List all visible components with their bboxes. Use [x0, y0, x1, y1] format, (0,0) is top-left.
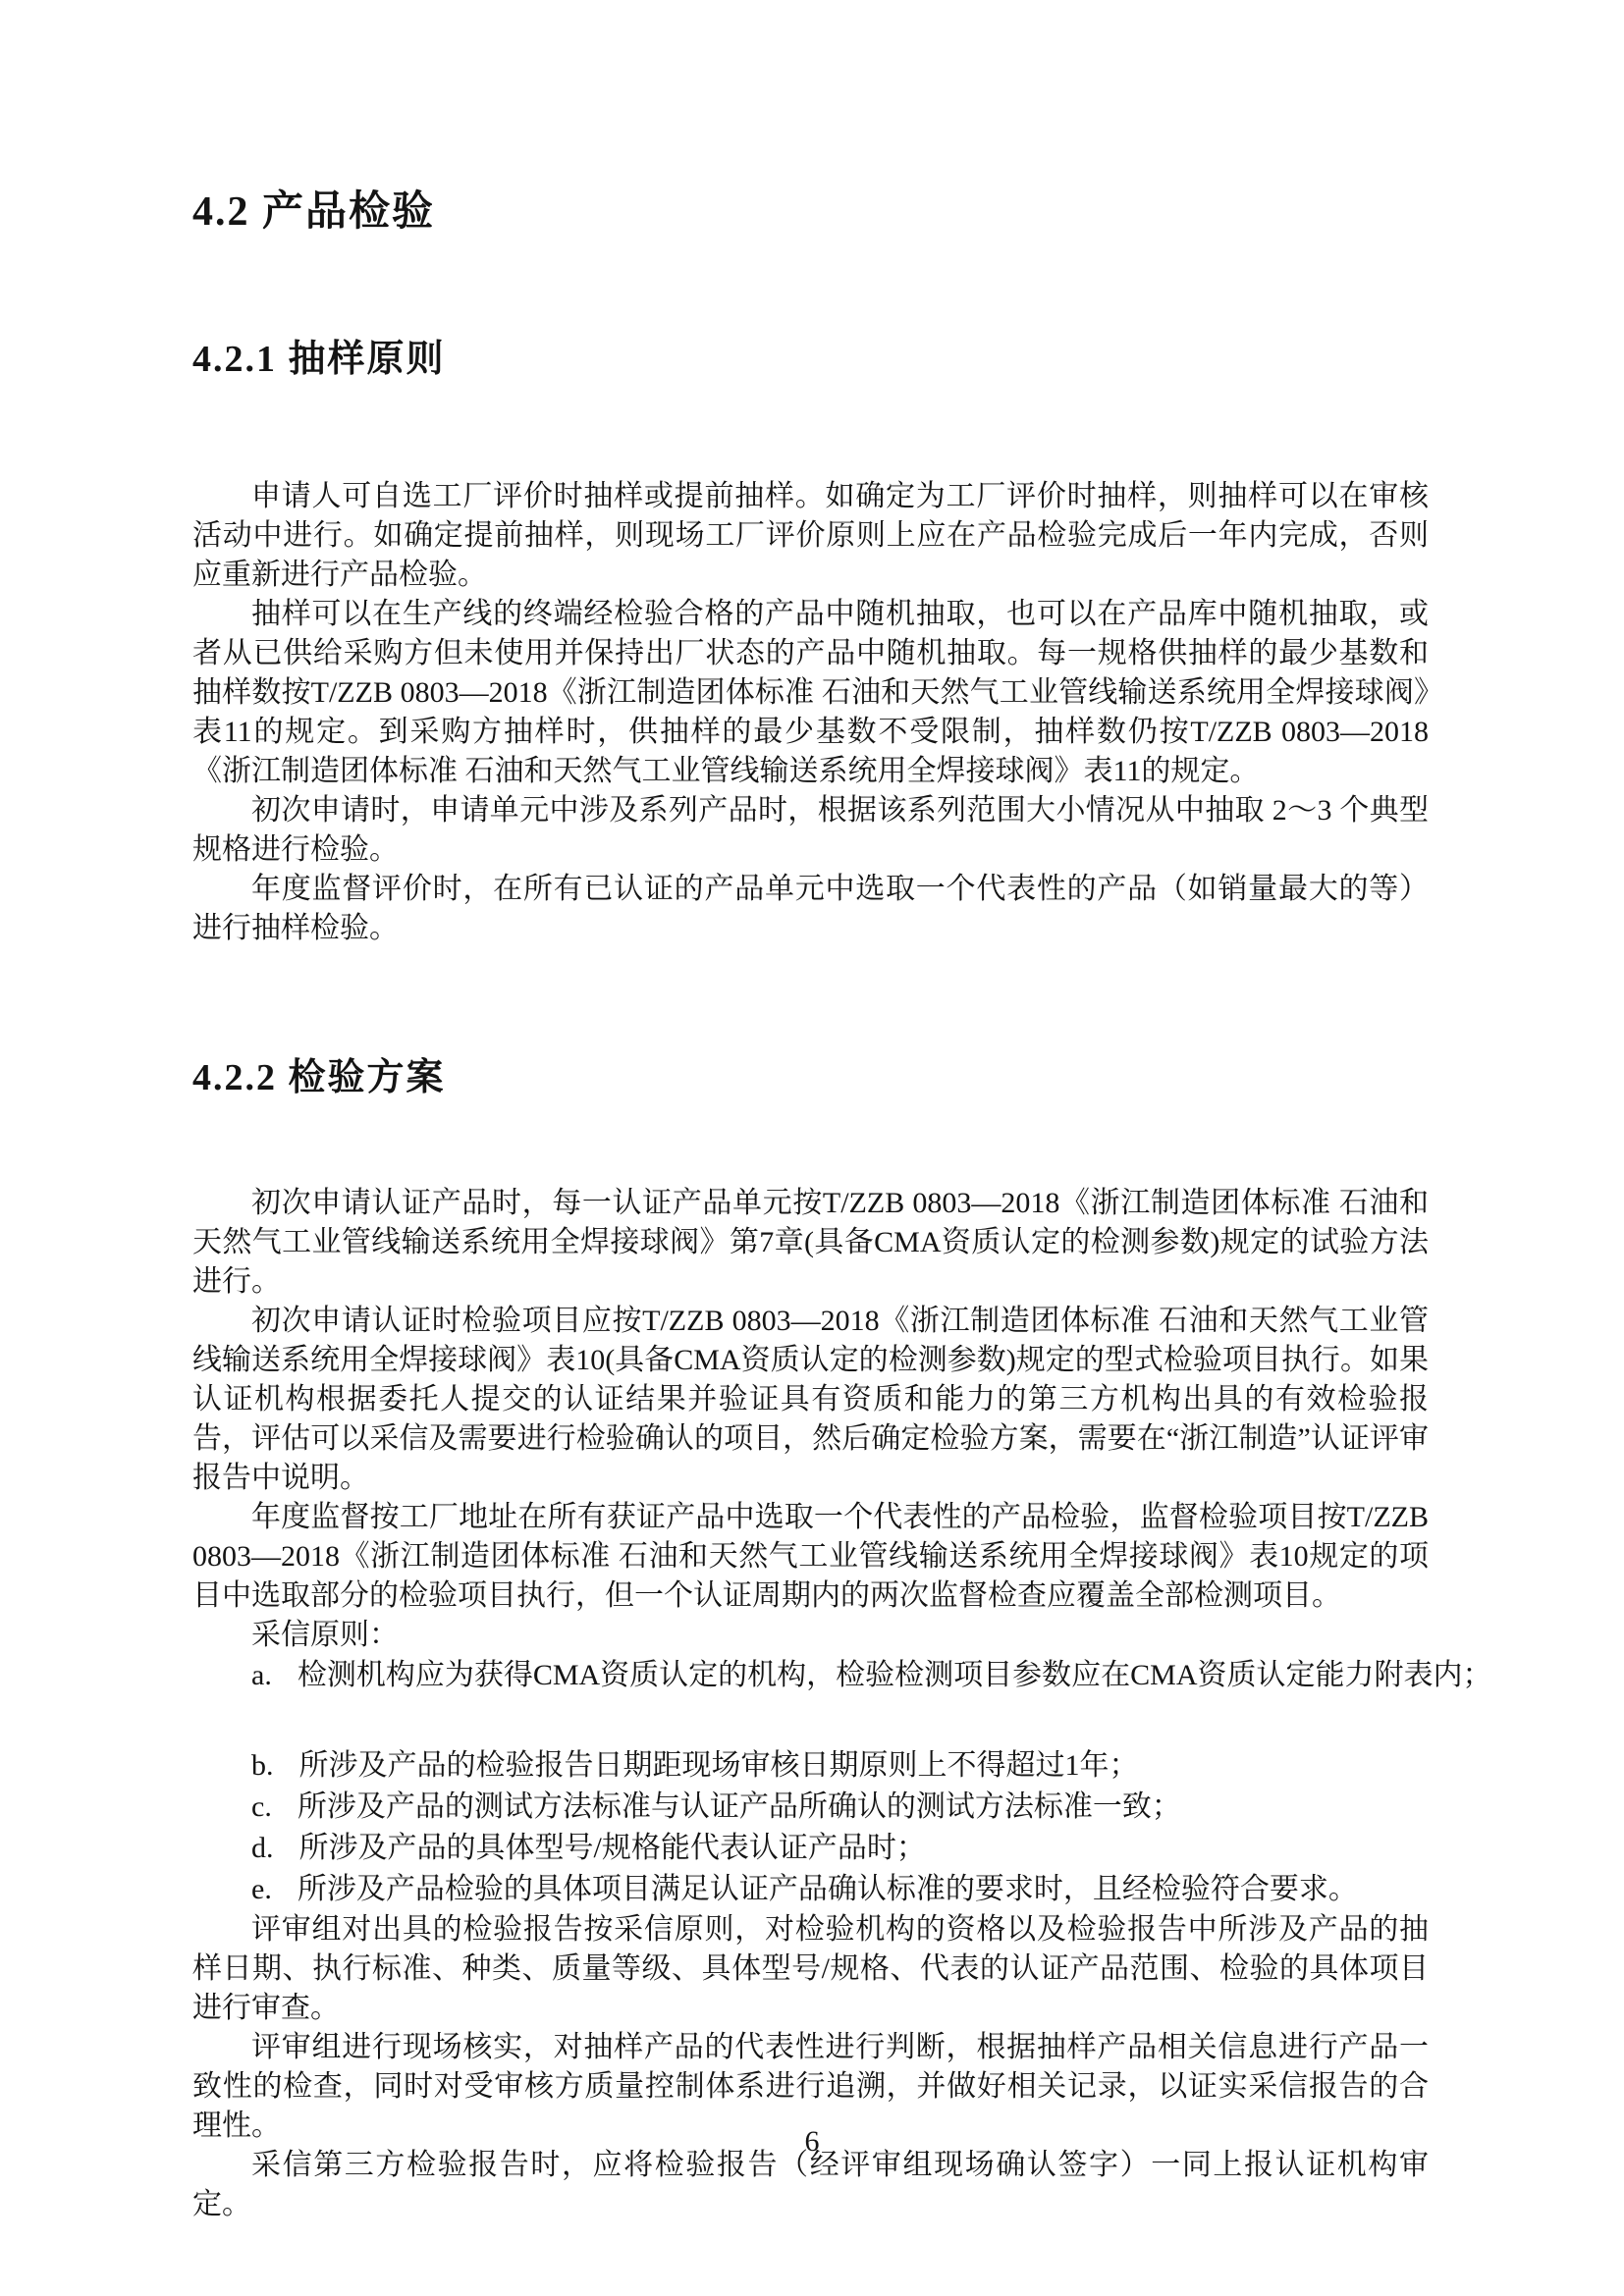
list-item-text: 所涉及产品检验的具体项目满足认证产品确认标准的要求时，且经检验符合要求。 — [298, 1873, 1358, 1905]
page-content: 4.2 产品检验 4.2.1 抽样原则 申请人可自选工厂评价时抽样或提前抽样。如… — [0, 0, 1624, 2224]
paragraph: 年度监督按工厂地址在所有获证产品中选取一个代表性的产品检验，监督检验项目按T/Z… — [192, 1498, 1429, 1616]
list-item: b.所涉及产品的检验报告日期距现场审核日期原则上不得超过1年； — [251, 1745, 1429, 1787]
section-421-body: 申请人可自选工厂评价时抽样或提前抽样。如确定为工厂评价时抽样，则抽样可以在审核活… — [192, 477, 1429, 948]
list-item: d.所涉及产品的具体型号/规格能代表认证产品时； — [251, 1828, 1429, 1869]
page-number: 6 — [0, 2122, 1624, 2162]
list-item-text: 检测机构应为获得CMA资质认定的机构，检验检测项目参数应在CMA资质认定能力附表… — [298, 1659, 1492, 1691]
paragraph: 初次申请认证产品时，每一认证产品单元按T/ZZB 0803—2018《浙江制造团… — [192, 1184, 1429, 1302]
list-item-marker: c. — [251, 1787, 272, 1828]
paragraph: 年度监督评价时，在所有已认证的产品单元中选取一个代表性的产品（如销量最大的等）进… — [192, 870, 1429, 948]
paragraph: 初次申请时，申请单元中涉及系列产品时，根据该系列范围大小情况从中抽取 2～3 个… — [192, 791, 1429, 870]
list-item-marker: a. — [251, 1655, 272, 1696]
list-item-marker: d. — [251, 1828, 274, 1869]
list-item: c.所涉及产品的测试方法标准与认证产品所确认的测试方法标准一致； — [251, 1787, 1429, 1828]
list-item-text: 所涉及产品的测试方法标准与认证产品所确认的测试方法标准一致； — [298, 1790, 1181, 1823]
list-item-marker: b. — [251, 1745, 274, 1787]
list-item-marker: e. — [251, 1869, 272, 1910]
paragraph: 抽样可以在生产线的终端经检验合格的产品中随机抽取，也可以在产品库中随机抽取，或者… — [192, 595, 1429, 791]
section-421-heading: 4.2.1 抽样原则 — [192, 336, 1429, 383]
list-item: e.所涉及产品检验的具体项目满足认证产品确认标准的要求时，且经检验符合要求。 — [251, 1869, 1429, 1910]
paragraph: 初次申请认证时检验项目应按T/ZZB 0803—2018《浙江制造团体标准 石油… — [192, 1302, 1429, 1498]
section-42-heading: 4.2 产品检验 — [192, 187, 1429, 238]
list-item-text: 所涉及产品的具体型号/规格能代表认证产品时； — [299, 1832, 926, 1864]
section-422-heading: 4.2.2 检验方案 — [192, 1054, 1429, 1101]
document-page: 4.2 产品检验 4.2.1 抽样原则 申请人可自选工厂评价时抽样或提前抽样。如… — [0, 0, 1624, 2296]
section-422-body: 初次申请认证产品时，每一认证产品单元按T/ZZB 0803—2018《浙江制造团… — [192, 1184, 1429, 2224]
principles-label: 采信原则： — [192, 1616, 1429, 1655]
list-item-text: 所涉及产品的检验报告日期距现场审核日期原则上不得超过1年； — [299, 1749, 1139, 1782]
paragraph: 评审组对出具的检验报告按采信原则，对检验机构的资格以及检验报告中所涉及产品的抽样… — [192, 1910, 1429, 2028]
paragraph: 申请人可自选工厂评价时抽样或提前抽样。如确定为工厂评价时抽样，则抽样可以在审核活… — [192, 477, 1429, 595]
list-item: a.检测机构应为获得CMA资质认定的机构，检验检测项目参数应在CMA资质认定能力… — [251, 1655, 1429, 1696]
